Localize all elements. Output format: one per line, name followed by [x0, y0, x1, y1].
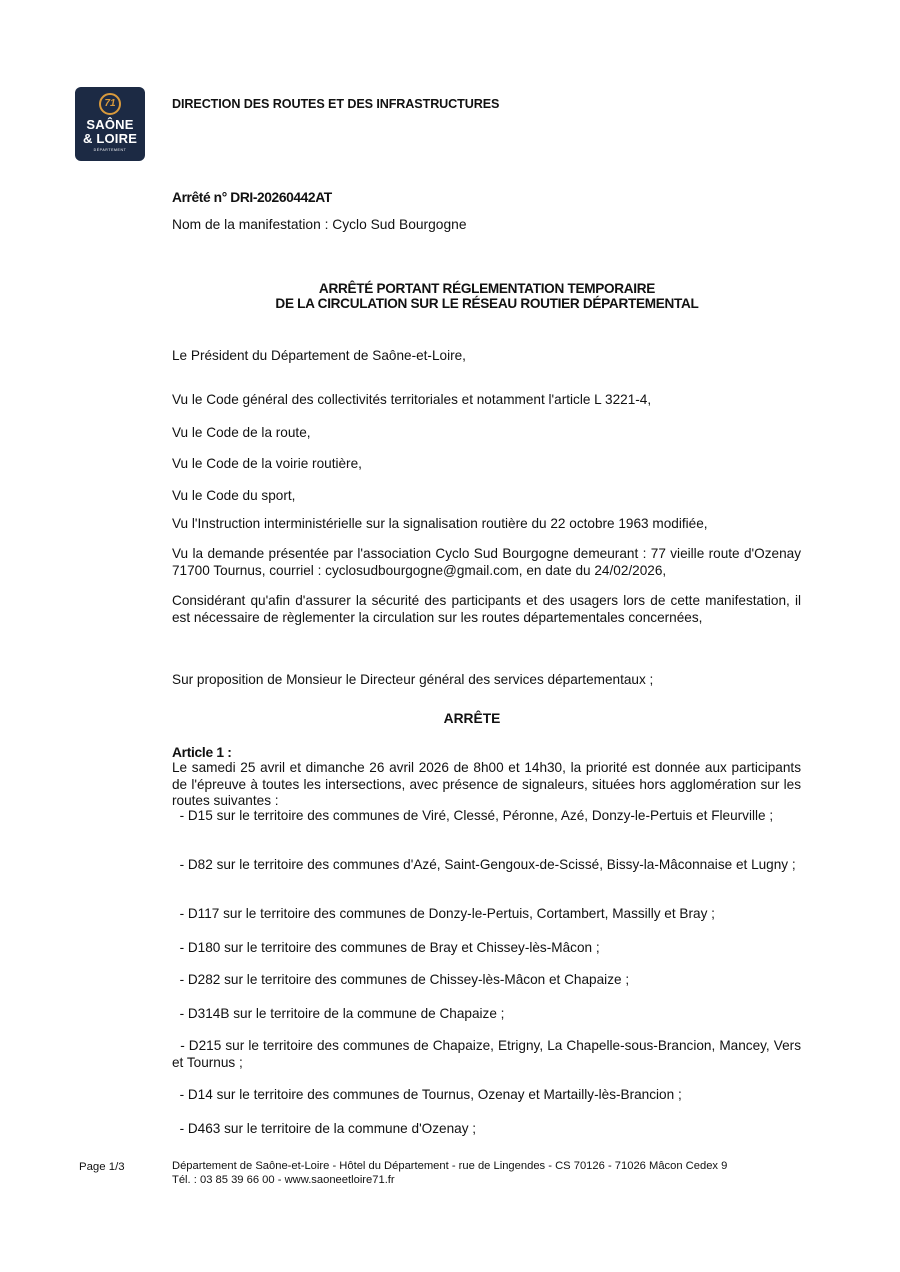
- arrete-heading: ARRÊTE: [172, 711, 772, 726]
- road-item-d15: - D15 sur le territoire des communes de …: [172, 808, 801, 825]
- vu-item: Vu le Code général des collectivités ter…: [172, 392, 812, 409]
- road-item-d282: - D282 sur le territoire des communes de…: [172, 972, 812, 989]
- document-title-line1: ARRÊTÉ PORTANT RÉGLEMENTATION TEMPORAIRE: [172, 281, 802, 297]
- event-name: Nom de la manifestation : Cyclo Sud Bour…: [172, 217, 467, 232]
- article-1-heading: Article 1 :: [172, 745, 232, 760]
- arrete-number: Arrêté n° DRI-20260442AT: [172, 190, 332, 205]
- president-line: Le Président du Département de Saône-et-…: [172, 348, 812, 365]
- document-title-line2: DE LA CIRCULATION SUR LE RÉSEAU ROUTIER …: [172, 296, 802, 312]
- logo-71-icon: 71: [99, 93, 121, 115]
- vu-item: Vu l'Instruction interministérielle sur …: [172, 516, 812, 533]
- page-number: Page 1/3: [79, 1161, 125, 1173]
- vu-item: Vu le Code de la route,: [172, 425, 812, 442]
- vu-item: Vu le Code du sport,: [172, 488, 812, 505]
- road-item-d82: - D82 sur le territoire des communes d'A…: [172, 857, 801, 874]
- article-1-intro: Le samedi 25 avril et dimanche 26 avril …: [172, 760, 801, 810]
- road-item-d180: - D180 sur le territoire des communes de…: [172, 940, 812, 957]
- road-item-d14: - D14 sur le territoire des communes de …: [172, 1087, 812, 1104]
- road-item-d215: - D215 sur le territoire des communes de…: [172, 1038, 801, 1071]
- vu-item-demande: Vu la demande présentée par l'associatio…: [172, 546, 801, 579]
- logo-text-departement: DÉPARTEMENT: [94, 148, 127, 152]
- department-logo: 71 SAÔNE & LOIRE DÉPARTEMENT: [75, 87, 145, 161]
- footer-address: Département de Saône-et-Loire - Hôtel du…: [172, 1159, 727, 1187]
- logo-text-saone: SAÔNE: [86, 118, 133, 132]
- footer-address-line1: Département de Saône-et-Loire - Hôtel du…: [172, 1159, 727, 1173]
- considerant-paragraph: Considérant qu'afin d'assurer la sécurit…: [172, 593, 801, 626]
- direction-heading: DIRECTION DES ROUTES ET DES INFRASTRUCTU…: [172, 97, 499, 111]
- road-item-d463: - D463 sur le territoire de la commune d…: [172, 1121, 812, 1138]
- footer-address-line2: Tél. : 03 85 39 66 00 - www.saoneetloire…: [172, 1173, 727, 1187]
- road-item-d314b: - D314B sur le territoire de la commune …: [172, 1006, 812, 1023]
- proposition-line: Sur proposition de Monsieur le Directeur…: [172, 672, 812, 689]
- road-item-d117: - D117 sur le territoire des communes de…: [172, 906, 812, 923]
- vu-item: Vu le Code de la voirie routière,: [172, 456, 812, 473]
- logo-text-loire: & LOIRE: [83, 132, 137, 146]
